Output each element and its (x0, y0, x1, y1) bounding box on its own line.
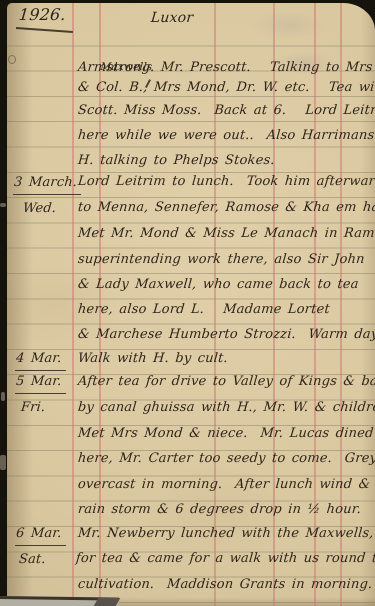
interlinear-insertion: Maxwells (100, 61, 153, 73)
diary-line: Scott. Miss Moss. Back at 6. Lord Leitri… (77, 101, 375, 121)
edge-smudge (0, 203, 6, 207)
diary-line: overcast in morning. After lunch wind & (77, 475, 371, 495)
diary-line: for tea & came for a walk with us round … (75, 549, 375, 569)
diary-line: cultivation. Maddison Grants in morning. (77, 575, 373, 595)
edge-smudge (0, 455, 6, 470)
year-label: 1926. (18, 5, 67, 25)
entry-date: 5 Mar. (15, 372, 68, 394)
entry-date: 4 Mar. (15, 349, 68, 371)
red-rule-1 (72, 3, 74, 606)
entry-day: Fri. (20, 398, 46, 418)
entry-day: Wed. (22, 199, 57, 219)
diary-line: here, Mr. Carter too seedy to come. Grey… (77, 449, 375, 469)
diary-line: & Marchese Humberto Strozzi. Warm day. (77, 325, 375, 345)
entry-date: 3 March. (13, 173, 83, 195)
entry-date: 6 Mar. (15, 524, 68, 546)
page-edge-dot (8, 55, 16, 64)
diary-line: Met Mr. Mond & Miss Le Manach in Ramose (77, 224, 375, 244)
diary-line: by canal ghuissa with H., Mr. W. & child… (77, 398, 375, 418)
diary-line: Met Mrs Mond & niece. Mr. Lucas dined (77, 424, 374, 444)
diary-line: here, also Lord L. Madame Lortet (77, 300, 331, 320)
diary-line: After tea for drive to Valley of Kings &… (77, 372, 375, 392)
diary-line: rain storm & 6 degrees drop in ½ hour. (77, 500, 362, 520)
place-heading: Luxor (150, 8, 194, 28)
diary-line: Walk with H. by cult. (77, 349, 229, 369)
edge-smudge (1, 392, 5, 401)
scanned-page: 1926. Luxor Armstrong. Mr. Prescott. Tal… (0, 0, 375, 606)
diary-line: Mr. Newberry lunched with the Maxwells, … (77, 524, 375, 544)
diary-line: & Lady Maxwell, who came back to tea (77, 275, 359, 295)
page-corner-shadow (94, 598, 121, 606)
diary-line: to Menna, Sennefer, Ramose & Kha em hat. (77, 198, 375, 218)
diary-line: & Col. B., Mrs Mond, Dr. W. etc. Tea wit… (77, 78, 375, 98)
diary-line: Lord Leitrim to lunch. Took him afterwar… (77, 172, 375, 192)
entry-day: Sat. (18, 550, 47, 570)
diary-line: here while we were out.. Also Harrimans. (77, 126, 375, 146)
diary-line: superintending work there, also Sir John (77, 250, 366, 270)
diary-line: H. talking to Phelps Stokes. (77, 151, 276, 171)
